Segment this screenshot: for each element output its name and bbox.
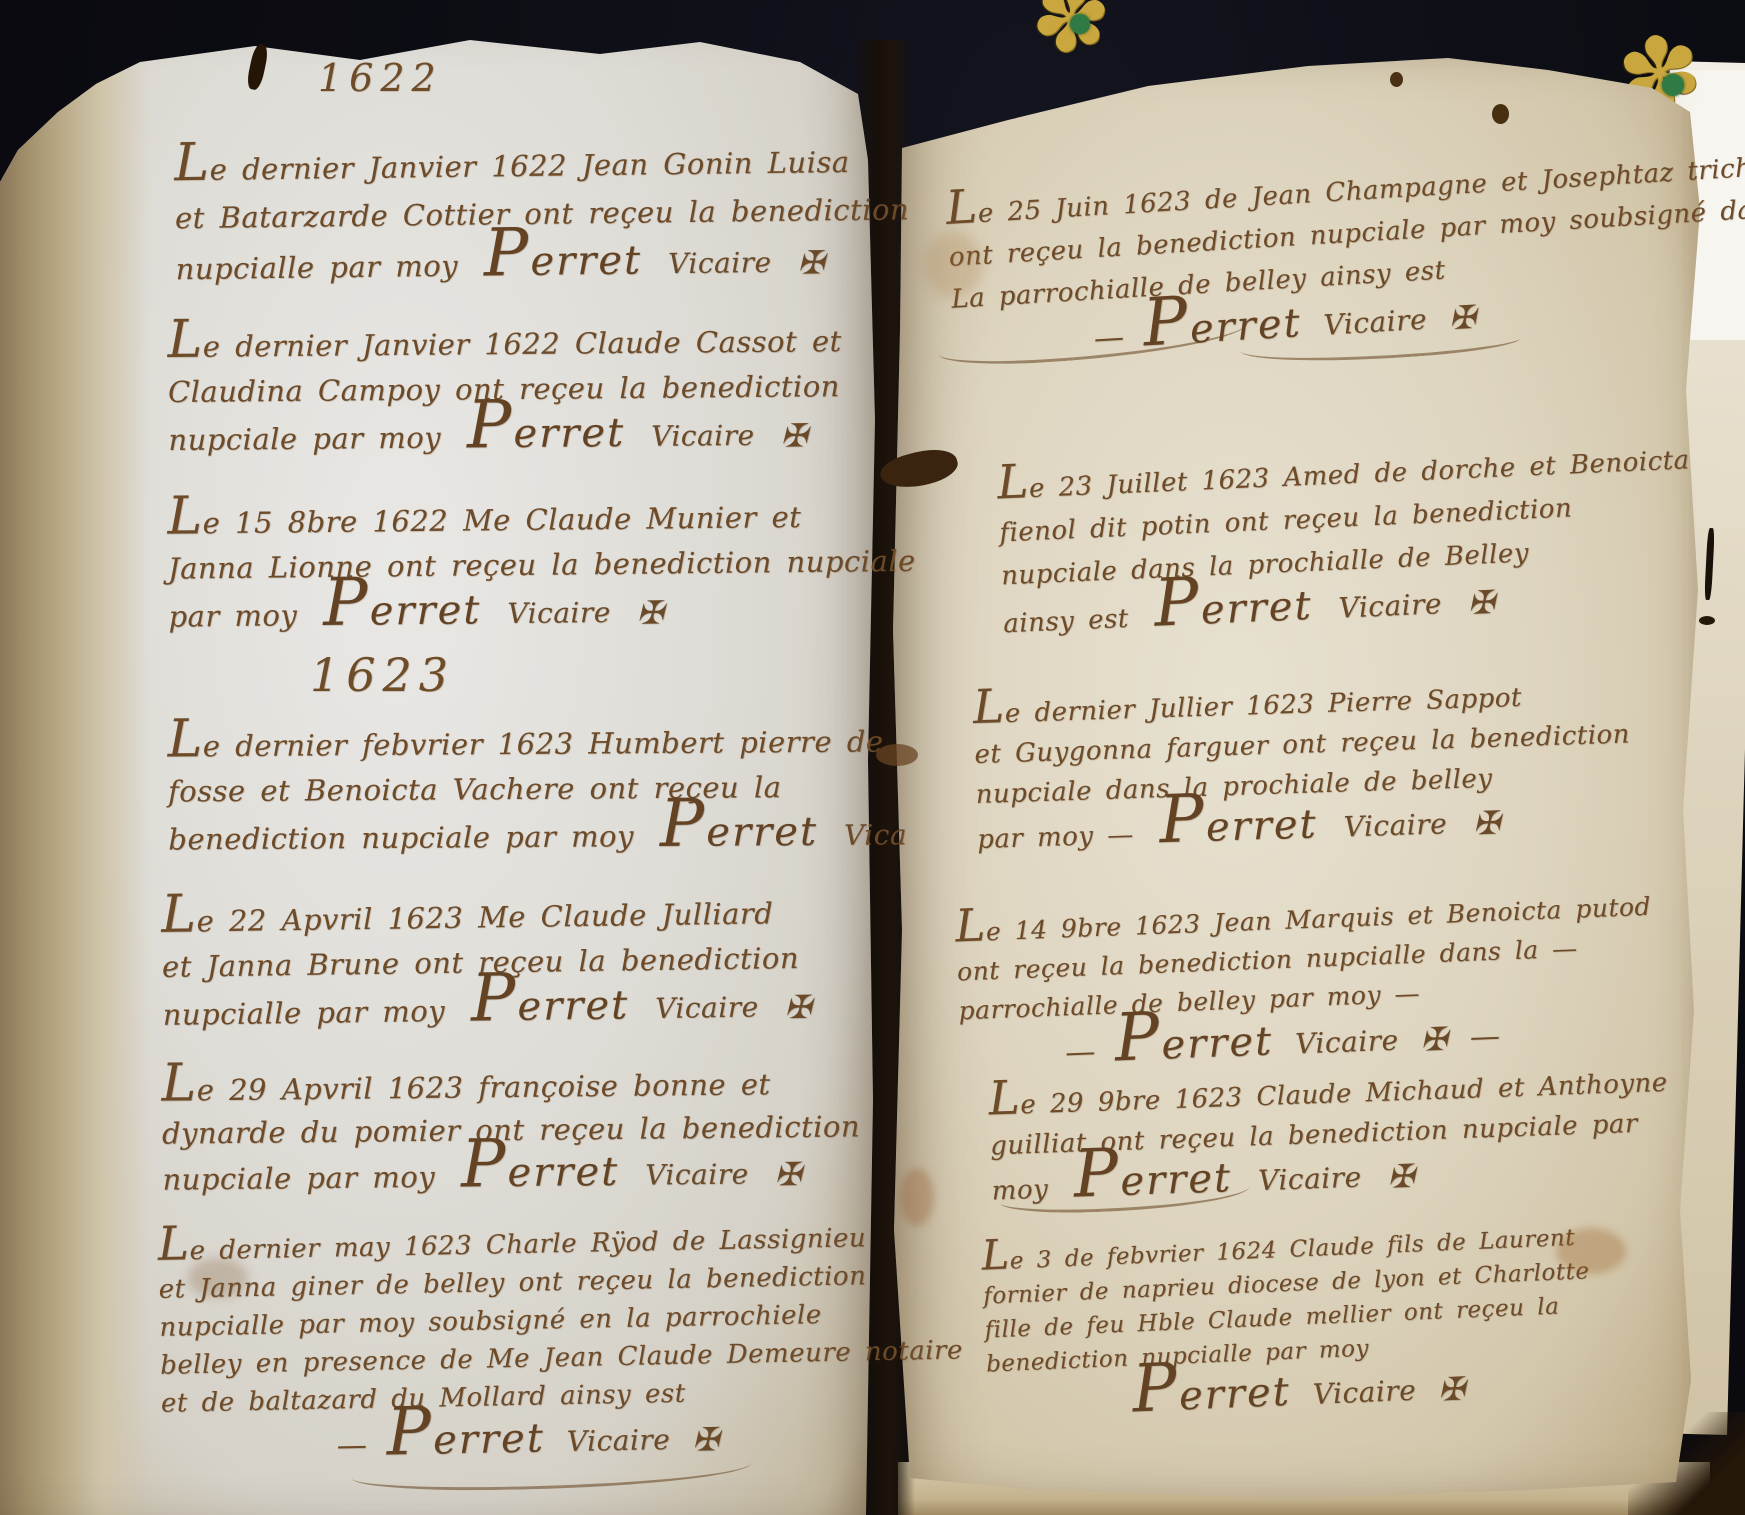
- marriage-entry: Le 22 Apvril 1623 Me Claude Julliard et …: [161, 890, 863, 1035]
- vicar-signature-title: Vicaire: [645, 1153, 749, 1197]
- paper-stain: [1556, 1228, 1626, 1274]
- paraph-cross-icon: ✠: [1467, 581, 1496, 625]
- paraph-cross-icon: ✠: [1437, 1370, 1466, 1409]
- marriage-entry: Le 15 8bre 1622 Me Claude Munier et Jann…: [167, 494, 858, 636]
- marriage-entry: Le dernier may 1623 Charle Rÿod de Lassi…: [158, 1219, 873, 1483]
- paper-stain: [925, 232, 983, 298]
- vicar-signature-name: Perret: [484, 237, 643, 287]
- paraph-cross-icon: ✠: [637, 590, 665, 635]
- ink-blot: [1492, 104, 1509, 124]
- vicar-signature-name: Perret: [1159, 804, 1318, 849]
- entry-line: Le dernier Janvier 1622 Jean Gonin Luisa: [174, 138, 865, 194]
- ink-blot: [1390, 72, 1403, 87]
- marriage-entry: Le dernier Janvier 1622 Jean Gonin Luisa…: [174, 138, 866, 290]
- paper-stain: [900, 1168, 934, 1226]
- vicar-signature-name: Perret: [467, 411, 625, 457]
- vicar-signature-title: Vicaire: [1295, 1024, 1400, 1061]
- photo-open-parish-register: ✽ ✽ 1622 Le dernier Janvier 1622 Jean Go…: [0, 0, 1745, 1515]
- paraph-cross-icon: ✠: [780, 413, 808, 458]
- paraph-cross-icon: ✠: [797, 238, 825, 286]
- paraph-cross-icon: ✠: [1420, 1020, 1449, 1059]
- marriage-entry: Le dernier Jullier 1623 Pierre Sappot et…: [973, 675, 1618, 855]
- vicar-signature-name: Perret: [1154, 585, 1314, 635]
- entry-line: Janna Lionne ont reçeu la benediction nu…: [168, 539, 858, 591]
- vicar-signature-title: Vicaire: [1343, 804, 1448, 847]
- entry-line: par moy —: [977, 815, 1135, 860]
- marriage-entry: Le 14 9bre 1623 Jean Marquis et Benoicta…: [955, 887, 1661, 1091]
- marriage-entry: Le 29 Apvril 1623 françoise bonne et dyn…: [161, 1062, 862, 1198]
- entry-line: Le 15 8bre 1622 Me Claude Munier et: [167, 494, 857, 546]
- year-heading-1623: 1623: [310, 648, 455, 702]
- marriage-entry: Le dernier Janvier 1622 Claude Cassot et…: [167, 319, 858, 460]
- marriage-entry: Le 23 Juillet 1623 Amed de dorche et Ben…: [997, 441, 1664, 642]
- vicar-signature-title: Vica: [844, 812, 907, 857]
- ink-smudge: [876, 744, 918, 766]
- entry-line: Le dernier Janvier 1622 Claude Cassot et: [167, 319, 857, 370]
- vicar-signature-name: Perret: [461, 1151, 620, 1196]
- entry-line: nupcialle par moy: [162, 989, 445, 1038]
- year-heading-1622: 1622: [318, 56, 443, 100]
- marriage-entry: Le 3 de febvrier 1624 Claude fils de Lau…: [981, 1218, 1639, 1441]
- vicar-signature-title: Vicaire: [655, 985, 759, 1031]
- vicar-signature-name: Perret: [1114, 1018, 1274, 1070]
- paraph-cross-icon: ✠: [774, 1153, 802, 1196]
- entry-line: Le 29 Apvril 1623 françoise bonne et: [161, 1062, 861, 1112]
- entry-line: par moy: [168, 593, 297, 639]
- entry-line: nupcialle par moy: [175, 242, 458, 293]
- entry-line: nupciale par moy: [162, 1156, 435, 1202]
- vicar-signature-name: Perret: [660, 810, 818, 856]
- vicar-signature-name: Perret: [1132, 1369, 1292, 1422]
- entry-line: Le dernier febvrier 1623 Humbert pierre …: [168, 720, 868, 770]
- vicar-signature-title: Vicaire: [1257, 1158, 1362, 1202]
- marriage-entry: Le dernier febvrier 1623 Humbert pierre …: [168, 720, 869, 860]
- entry-line: nupciale par moy: [168, 416, 441, 463]
- flourish-dash: —: [1469, 1019, 1498, 1055]
- paraph-cross-icon: ✠: [1387, 1156, 1416, 1197]
- paraph-cross-icon: ✠: [784, 985, 812, 1030]
- vicar-signature-title: Vicaire: [507, 590, 611, 636]
- vicar-signature-title: Vicaire: [1338, 582, 1443, 629]
- entry-line: ainsy est: [1002, 598, 1129, 646]
- ink-blot: [1699, 616, 1715, 625]
- entry-line: fosse et Benoicta Vachere ont reçeu la: [168, 765, 868, 815]
- vicar-signature-title: Vicaire: [668, 239, 772, 288]
- vicar-signature-name: Perret: [471, 983, 630, 1030]
- paraph-cross-icon: ✠: [1472, 803, 1501, 844]
- vicar-signature-title: Vicaire: [651, 413, 755, 459]
- embroidered-flower-icon: ✽: [1032, 0, 1109, 73]
- entry-line: benediction nupciale par moy: [168, 814, 634, 862]
- vicar-signature-name: Perret: [323, 588, 482, 635]
- vicar-signature-title: Vicaire: [1312, 1374, 1417, 1411]
- flower-center-icon: [1662, 74, 1684, 96]
- paper-stain: [188, 1258, 248, 1298]
- flourish-dash: —: [1065, 1034, 1094, 1070]
- flower-petals-icon: ✽: [1022, 0, 1120, 80]
- entry-line: dynarde du pomier ont reçeu la benedicti…: [162, 1105, 862, 1155]
- flower-center-icon: [1070, 14, 1090, 34]
